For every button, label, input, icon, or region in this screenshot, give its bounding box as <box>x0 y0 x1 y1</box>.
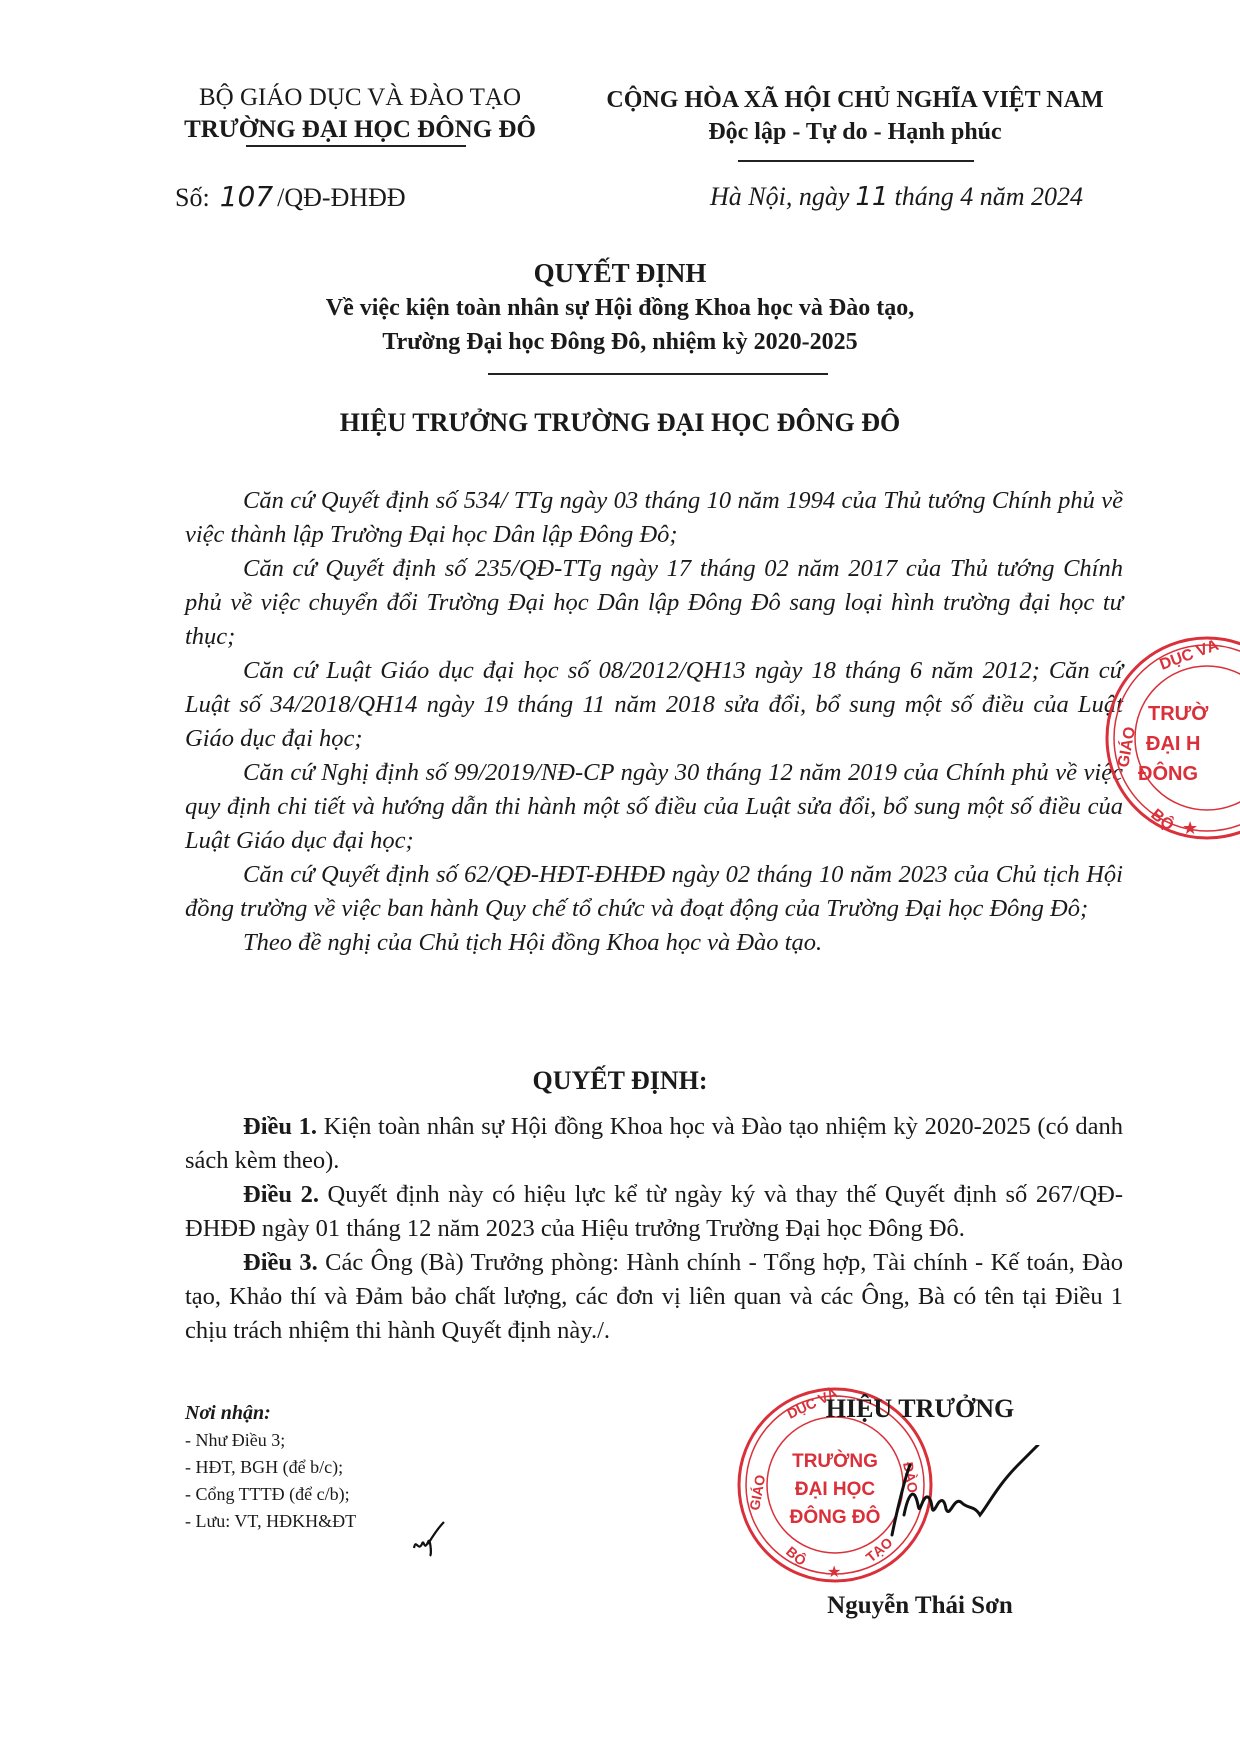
decision-title: QUYẾT ĐỊNH Về việc kiện toàn nhân sự Hội… <box>160 255 1080 359</box>
handwritten-day: 11 <box>855 182 888 212</box>
recipient-item: - Như Điều 3; <box>185 1427 356 1454</box>
initials-mark-icon <box>410 1518 446 1558</box>
preamble-item: Căn cứ Quyết định số 534/ TTg ngày 03 th… <box>185 484 1123 552</box>
svg-text:GIÁO: GIÁO <box>1113 725 1139 769</box>
preamble-item: Theo đề nghị của Chủ tịch Hội đồng Khoa … <box>185 926 1123 960</box>
article-2: Điều 2. Quyết định này có hiệu lực kể từ… <box>185 1178 1123 1246</box>
document-date: Hà Nội, ngày11tháng 4 năm 2024 <box>710 182 1083 212</box>
national-header: CỘNG HÒA XÃ HỘI CHỦ NGHĨA VIỆT NAM Độc l… <box>585 84 1125 148</box>
recipients-list: Nơi nhận: - Như Điều 3; - HĐT, BGH (để b… <box>185 1400 356 1535</box>
article-label: Điều 2. <box>243 1181 319 1208</box>
preamble-item: Căn cứ Luật Giáo dục đại học số 08/2012/… <box>185 654 1123 756</box>
svg-text:★: ★ <box>827 1564 841 1581</box>
seal-line-3: ĐÔNG ĐÔ <box>790 1506 881 1528</box>
article-3: Điều 3. Các Ông (Bà) Trưởng phòng: Hành … <box>185 1246 1123 1348</box>
official-seal-partial: DỤC VÀ GIÁO BỘ ★ TRƯỜ ĐẠI H ĐÔNG <box>1102 628 1240 853</box>
country-name: CỘNG HÒA XÃ HỘI CHỦ NGHĨA VIỆT NAM <box>585 84 1125 116</box>
signer-name: Nguyễn Thái Sơn <box>790 1592 1050 1620</box>
signing-authority: HIỆU TRƯỞNG TRƯỜNG ĐẠI HỌC ĐÔNG ĐÔ <box>160 408 1080 438</box>
number-suffix: /QĐ-ĐHĐĐ <box>277 183 406 212</box>
subject-line-1: Về việc kiện toàn nhân sự Hội đồng Khoa … <box>160 291 1080 325</box>
svg-text:GIÁO: GIÁO <box>746 1473 768 1511</box>
article-1: Điều 1. Kiện toàn nhân sự Hội đồng Khoa … <box>185 1110 1123 1178</box>
article-text: Các Ông (Bà) Trưởng phòng: Hành chính - … <box>185 1249 1123 1344</box>
preamble-item: Căn cứ Quyết định số 62/QĐ-HĐT-ĐHĐĐ ngày… <box>185 858 1123 926</box>
article-label: Điều 1. <box>243 1113 317 1140</box>
preamble-item: Căn cứ Nghị định số 99/2019/NĐ-CP ngày 3… <box>185 756 1123 858</box>
preamble-item: Căn cứ Quyết định số 235/QĐ-TTg ngày 17 … <box>185 552 1123 654</box>
header-right-underline <box>738 160 974 162</box>
decision-heading: QUYẾT ĐỊNH <box>160 255 1080 291</box>
title-underline <box>488 373 828 375</box>
svg-text:TRƯỜ: TRƯỜ <box>1148 701 1209 725</box>
recipients-heading: Nơi nhận: <box>185 1400 356 1427</box>
seal-line-2: ĐẠI HỌC <box>795 1479 876 1500</box>
handwritten-signature-icon <box>888 1445 1048 1545</box>
ministry-name: BỘ GIÁO DỤC VÀ ĐÀO TẠO <box>150 82 570 114</box>
subject-line-2: Trường Đại học Đông Đô, nhiệm kỳ 2020-20… <box>160 325 1080 359</box>
recipient-item: - Lưu: VT, HĐKH&ĐT <box>185 1508 356 1535</box>
article-text: Kiện toàn nhân sự Hội đồng Khoa học và Đ… <box>185 1113 1123 1174</box>
number-prefix: Số: <box>175 183 210 212</box>
article-text: Quyết định này có hiệu lực kể từ ngày ký… <box>185 1181 1123 1242</box>
national-motto: Độc lập - Tự do - Hạnh phúc <box>585 116 1125 148</box>
svg-text:BỘ: BỘ <box>1147 805 1178 835</box>
handwritten-number: 107 <box>220 180 273 213</box>
document-number: Số:107/QĐ-ĐHĐĐ <box>175 180 406 213</box>
article-label: Điều 3. <box>243 1249 318 1276</box>
issuing-authority: BỘ GIÁO DỤC VÀ ĐÀO TẠO TRƯỜNG ĐẠI HỌC ĐÔ… <box>150 82 570 146</box>
recipient-item: - HĐT, BGH (để b/c); <box>185 1454 356 1481</box>
preamble: Căn cứ Quyết định số 534/ TTg ngày 03 th… <box>185 484 1123 960</box>
articles: Điều 1. Kiện toàn nhân sự Hội đồng Khoa … <box>185 1110 1123 1348</box>
seal-line-1: TRƯỜNG <box>792 1450 878 1472</box>
decision-section-heading: QUYẾT ĐỊNH: <box>160 1066 1080 1096</box>
svg-text:★: ★ <box>1182 818 1198 838</box>
svg-text:ĐÔNG: ĐÔNG <box>1138 761 1198 785</box>
university-name: TRƯỜNG ĐẠI HỌC ĐÔNG ĐÔ <box>150 114 570 146</box>
svg-text:ĐẠI H: ĐẠI H <box>1146 733 1200 755</box>
date-suffix: tháng 4 năm 2024 <box>894 182 1083 211</box>
date-prefix: Hà Nội, ngày <box>710 182 849 211</box>
header-left-underline <box>246 145 466 147</box>
signer-title: HIỆU TRƯỞNG <box>790 1394 1050 1424</box>
recipient-item: - Cổng TTTĐ (để c/b); <box>185 1481 356 1508</box>
